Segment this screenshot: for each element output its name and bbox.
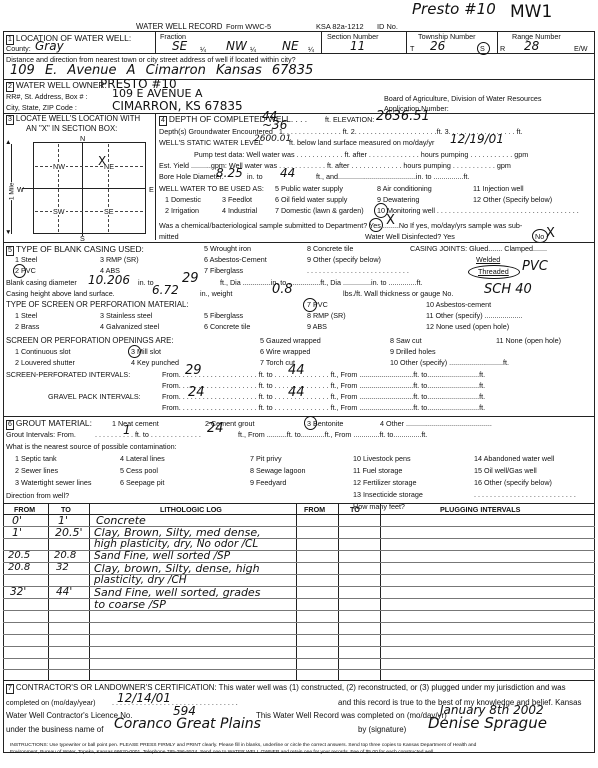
log-to[interactable]: 44'	[56, 587, 72, 598]
instructions-line-1: INSTRUCTIONS: Use typewriter or ball poi…	[10, 744, 476, 749]
gravel-interval-row-1: From. . . . . . . . . . . . . . . . . . …	[162, 393, 485, 400]
use-option[interactable]: 11 Injection well	[473, 185, 524, 192]
handwritten-well-id: MW1	[510, 4, 552, 21]
use-option[interactable]: 9 Dewatering	[377, 196, 419, 203]
log-from[interactable]: 32'	[10, 587, 26, 598]
address-label: RR#, St. Address, Box # :	[6, 93, 88, 100]
static-level-date[interactable]: 12/19/01	[450, 133, 504, 145]
casing-other-dots: . . . . . . . . . . . . . . . . . . . . …	[307, 267, 409, 274]
opening-option[interactable]: 5 Gauzed wrapped	[260, 337, 321, 344]
static-level-value[interactable]: 2600.01	[254, 135, 291, 144]
log-from[interactable]: 20.8	[8, 563, 30, 573]
screen-from-value[interactable]: 29	[185, 364, 202, 377]
screen-interval-row-2: From. . . . . . . . . . . . . . . . . . …	[162, 382, 485, 389]
opening-option[interactable]: 6 Wire wrapped	[260, 348, 310, 355]
screen-to-value[interactable]: 44	[288, 364, 305, 377]
grout-option[interactable]: 1 Neat cement	[112, 420, 159, 427]
screen-option[interactable]: 1 Steel	[15, 312, 37, 319]
id-label: ID No.	[377, 23, 398, 30]
casing-option[interactable]: 6 Asbestos-Cement	[204, 256, 267, 263]
casing-height-label: Casing height above land surface.	[6, 290, 115, 297]
sample-tail: : If yes, mo/day/yrs sample was sub-	[406, 222, 522, 229]
screen-option[interactable]: 3 Stainless steel	[100, 312, 152, 319]
location-x-mark: X	[98, 155, 106, 167]
casing-option[interactable]: 1 Steel	[15, 256, 37, 263]
opening-option[interactable]: 2 Louvered shutter	[15, 359, 75, 366]
casing-option[interactable]: 8 Concrete tile	[307, 245, 353, 252]
log-header-to: TO	[61, 506, 71, 513]
arrow-down-icon: ▼	[5, 230, 12, 237]
opening-option[interactable]: 11 None (open hole)	[496, 337, 561, 344]
log-to[interactable]: 20.5'	[55, 527, 83, 538]
contamination-option[interactable]: 5 Cess pool	[120, 467, 158, 474]
contamination-option[interactable]: 3 Watertight sewer lines	[15, 479, 91, 486]
screen-option[interactable]: 9 ABS	[307, 323, 327, 330]
use-option[interactable]: 5 Public water supply	[275, 185, 343, 192]
contamination-option[interactable]: 10 Livestock pens	[353, 455, 411, 462]
use-option[interactable]: 2 Irrigation	[165, 207, 199, 214]
fraction-1[interactable]: SE	[172, 40, 187, 52]
signature-label: by (signature)	[358, 726, 406, 734]
business-name-label: under the business name of	[6, 726, 103, 734]
static-level-label: WELL'S STATIC WATER LEVEL	[159, 139, 263, 146]
contamination-option[interactable]: 9 Feedyard	[250, 479, 286, 486]
screen-option[interactable]: 12 None used (open hole)	[426, 323, 509, 330]
county-label: County:	[6, 45, 31, 52]
use-option-monitoring: 10 Monitoring well . . . . . . . . . . .…	[377, 207, 579, 214]
log-header-lithologic: LITHOLOGIC LOG	[160, 506, 222, 513]
pvc-screen-circle	[303, 298, 317, 312]
log-description[interactable]: Concrete	[96, 515, 146, 526]
bore-tail: ft., and................................…	[316, 173, 469, 180]
east-label: E	[149, 186, 154, 193]
log-description[interactable]: Clay, Brown, Silty, med dense,	[94, 527, 261, 538]
casing-height-value[interactable]: 6.72	[152, 284, 179, 296]
bentonite-circle	[304, 416, 317, 430]
weight-value[interactable]: 0.8	[272, 283, 293, 296]
contamination-option[interactable]: 4 Lateral lines	[120, 455, 165, 462]
contamination-option[interactable]: 15 Oil well/Gas well	[474, 467, 537, 474]
address-value[interactable]: 109 E AVENUE A	[112, 88, 203, 99]
mill-slot-circle	[128, 345, 141, 358]
log-to[interactable]: 32	[56, 563, 69, 573]
arrow-up-icon: ▲	[5, 140, 12, 147]
quarter-mark: ¼	[308, 46, 314, 53]
log-to[interactable]: 20.8	[54, 551, 76, 561]
mile-scale: 1 Mile	[10, 183, 17, 201]
log-from[interactable]: 0'	[12, 515, 22, 526]
section-number-value[interactable]: 11	[350, 40, 365, 52]
weight-label: in., weight	[200, 290, 232, 297]
handwritten-well-name: Presto #10	[412, 2, 496, 17]
instructions-line-2: Environment, Bureau of Water, Topeka, Ka…	[10, 751, 435, 756]
log-description[interactable]: high plasticity, dry, No odor /CL	[94, 539, 258, 550]
screen-option[interactable]: 10 Asbestos-cement	[426, 301, 491, 308]
range-prefix: R	[500, 45, 505, 52]
gravel-interval-row-2: From. . . . . . . . . . . . . . . . . . …	[162, 404, 485, 411]
use-option[interactable]: 6 Oil field water supply	[275, 196, 347, 203]
sample-mitted: mitted	[159, 233, 179, 240]
use-option[interactable]: 1 Domestic	[165, 196, 201, 203]
board-label: Board of Agriculture, Division of Water …	[384, 95, 542, 102]
range-direction: E/W	[574, 45, 588, 52]
township-prefix: T	[410, 45, 414, 52]
record-completed-label: This Water Well Record was completed on …	[256, 712, 447, 720]
bore-diameter-value[interactable]: 8.25	[216, 167, 243, 179]
log-description[interactable]: Sand Fine, well sorted /SP	[94, 551, 230, 562]
casing-option[interactable]: 5 Wrought iron	[204, 245, 251, 252]
how-many-feet-label: How many feet?	[353, 503, 405, 510]
elevation-value[interactable]: 2636.51	[376, 110, 430, 123]
screen-option[interactable]: 2 Brass	[15, 323, 39, 330]
form-title: WATER WELL RECORD	[136, 23, 222, 31]
grout-from-dots: . . . . . . . . . . ft. to . . . . . . .…	[95, 431, 201, 438]
contamination-option[interactable]: 14 Abandoned water well	[474, 455, 554, 462]
casing-diameter-label: Blank casing diameter	[6, 279, 77, 286]
log-description[interactable]: Sand Fine, well sorted, grades	[94, 587, 260, 598]
casing-option[interactable]: 3 RMP (SR)	[100, 256, 139, 263]
use-label: WELL WATER TO BE USED AS:	[159, 185, 264, 192]
log-description[interactable]: plasticity, dry /CH	[94, 575, 187, 586]
log-from[interactable]: 20.5	[8, 551, 30, 561]
casing-diameter-tail: ft., Dia ..............in. to ..........…	[220, 279, 423, 286]
est-yield-row: Est. Yield ..........gpm: Well water was…	[159, 162, 511, 169]
opening-option[interactable]: 4 Key punched	[131, 359, 179, 366]
static-level-tail: ft. below land surface measured on mo/da…	[289, 139, 434, 146]
casing-option[interactable]: 9 Other (specify below)	[307, 256, 381, 263]
township-value[interactable]: 26	[430, 40, 445, 52]
elevation-label: ft. ELEVATION:	[325, 116, 374, 123]
screen-option[interactable]: 8 RMP (SR)	[307, 312, 346, 319]
opening-option[interactable]: 8 Saw cut	[390, 337, 422, 344]
contamination-option[interactable]: 6 Seepage pit	[120, 479, 164, 486]
grout-intervals-label: Grout Intervals: From.	[6, 431, 76, 438]
wall-thickness-value[interactable]: SCH 40	[484, 283, 532, 296]
pvc-casing-circle	[13, 264, 26, 278]
screen-intervals-label: SCREEN-PERFORATED INTERVALS:	[6, 371, 130, 378]
screen-interval-row-1: From. . . . . . . . . . . . . . . . . . …	[162, 371, 485, 378]
contamination-option[interactable]: 16 Other (specify below)	[474, 479, 552, 486]
pump-test-row: Pump test data: Well water was . . . . .…	[194, 151, 528, 158]
contamination-label: What is the nearest source of possible c…	[6, 443, 177, 450]
contamination-option[interactable]: 8 Sewage lagoon	[250, 467, 306, 474]
section-2-heading: 2WATER WELL OWNER:	[6, 81, 107, 92]
bore-depth-value[interactable]: 44	[280, 167, 295, 179]
quarter-mark: ¼	[250, 46, 256, 53]
contamination-option[interactable]: 7 Pit privy	[250, 455, 282, 462]
casing-joints-label: CASING JOINTS: Glued....... Clamped.....…	[410, 245, 547, 252]
opening-option[interactable]: 9 Drilled holes	[390, 348, 436, 355]
use-option[interactable]: 8 Air conditioning	[377, 185, 432, 192]
grout-from-value[interactable]: 1	[123, 424, 131, 436]
log-to[interactable]: 1'	[58, 515, 68, 526]
gravel-pack-label: GRAVEL PACK INTERVALS:	[48, 393, 141, 400]
screen-material-label: TYPE OF SCREEN OR PERFORATION MATERIAL:	[6, 301, 189, 309]
joint-welded[interactable]: Welded	[476, 256, 500, 263]
screen-option[interactable]: 5 Fiberglass	[204, 312, 243, 319]
wall-thickness-label: lbs./ft. Wall thickness or gauge No.	[343, 290, 453, 297]
grout-tail: ft., From ..........ft. to............ft…	[238, 431, 427, 438]
screen-option[interactable]: 6 Concrete tile	[204, 323, 250, 330]
completed-on-label: completed on (mo/day/year)	[6, 699, 96, 706]
opening-option[interactable]: 1 Continuous slot	[15, 348, 71, 355]
county-value[interactable]: Gray	[35, 40, 64, 52]
log-description[interactable]: to coarse /SP	[94, 599, 166, 610]
nw-quadrant: NW	[52, 163, 66, 170]
plug-header-to: TO	[350, 506, 360, 513]
use-option[interactable]: 3 Feedlot	[222, 196, 252, 203]
sw-quadrant: SW	[52, 208, 66, 215]
contamination-option[interactable]: 2 Sewer lines	[15, 467, 58, 474]
use-option[interactable]: 12 Other (Specify below)	[473, 196, 552, 203]
fraction-2[interactable]: NW	[226, 40, 247, 52]
range-value[interactable]: 28	[524, 40, 539, 52]
city-label: City, State, ZIP Code :	[6, 104, 77, 111]
groundwater-depth-1[interactable]: ~36	[262, 119, 287, 131]
plug-header-from: FROM	[304, 506, 325, 513]
plug-header-intervals: PLUGGING INTERVALS	[440, 506, 520, 513]
screen-option[interactable]: 11 Other (specify) ...................	[426, 312, 523, 319]
section-6-heading: 6GROUT MATERIAL:	[6, 419, 92, 430]
bore-hole-label: Bore Hole Diameter.	[159, 173, 224, 180]
contamination-option[interactable]: 12 Fertilizer storage	[353, 479, 417, 486]
opening-option[interactable]: 10 Other (specify) .....................…	[390, 359, 509, 366]
casing-depth-value[interactable]: 29	[182, 272, 199, 285]
log-header-from: FROM	[14, 506, 35, 513]
section-3-subheading: AN "X" IN SECTION BOX:	[26, 125, 117, 133]
form-number: Form WWC-5	[226, 23, 271, 30]
statute-ref: KSA 82a-1212	[316, 23, 364, 30]
se-quadrant: SE	[103, 208, 115, 215]
signature[interactable]: Denise Sprague	[428, 716, 547, 731]
casing-option[interactable]: 7 Fiberglass	[204, 267, 243, 274]
city-value[interactable]: CIMARRON, KS 67835	[112, 100, 243, 112]
disinfected-label: Water Well Disinfected? Yes	[365, 233, 455, 240]
fraction-3[interactable]: NE	[282, 40, 299, 52]
contamination-option[interactable]: 11 Fuel storage	[353, 467, 402, 474]
log-description[interactable]: Clay, brown, Silty, dense, high	[94, 563, 260, 574]
distance-value[interactable]: 109 E. Avenue A Cimarron Kansas 67835	[10, 64, 313, 77]
gravel-from-value[interactable]: 24	[188, 386, 205, 399]
business-name-value[interactable]: Coranco Great Plains	[114, 717, 261, 731]
use-option[interactable]: 4 Industrial	[222, 207, 257, 214]
joint-value[interactable]: PVC	[522, 260, 548, 273]
contamination-option[interactable]: 1 Septic tank	[15, 455, 57, 462]
township-direction-circle	[477, 42, 490, 55]
sample-no-circle	[369, 218, 383, 232]
section-7-heading: 7CONTRACTOR'S OR LANDOWNER'S CERTIFICATI…	[6, 684, 566, 694]
disinfected-x-mark: X	[546, 227, 555, 240]
quarter-mark: ¼	[200, 46, 206, 53]
grout-to-value[interactable]: 24	[207, 422, 224, 435]
township-label: Township Number	[418, 33, 476, 40]
completed-on-value[interactable]: 12/14/01	[117, 692, 171, 704]
log-from[interactable]: 1'	[12, 527, 22, 538]
sample-x-mark: X	[386, 214, 395, 227]
contamination-option[interactable]: 13 Insecticide storage	[353, 491, 423, 498]
bore-in-to: in. to	[247, 173, 263, 180]
casing-diameter-value[interactable]: 10.206	[88, 274, 130, 286]
threaded-circle	[468, 265, 520, 279]
openings-label: SCREEN OR PERFORATION OPENINGS ARE:	[6, 337, 174, 345]
contamination-other-dots: . . . . . . . . . . . . . . . . . . . . …	[474, 491, 576, 498]
grout-option[interactable]: 4 Other ................................…	[380, 420, 492, 427]
screen-option[interactable]: 4 Galvanized steel	[100, 323, 159, 330]
use-option[interactable]: 7 Domestic (lawn & garden)	[275, 207, 364, 214]
gravel-to-value[interactable]: 44	[288, 386, 305, 399]
direction-label: Direction from well?	[6, 492, 69, 499]
